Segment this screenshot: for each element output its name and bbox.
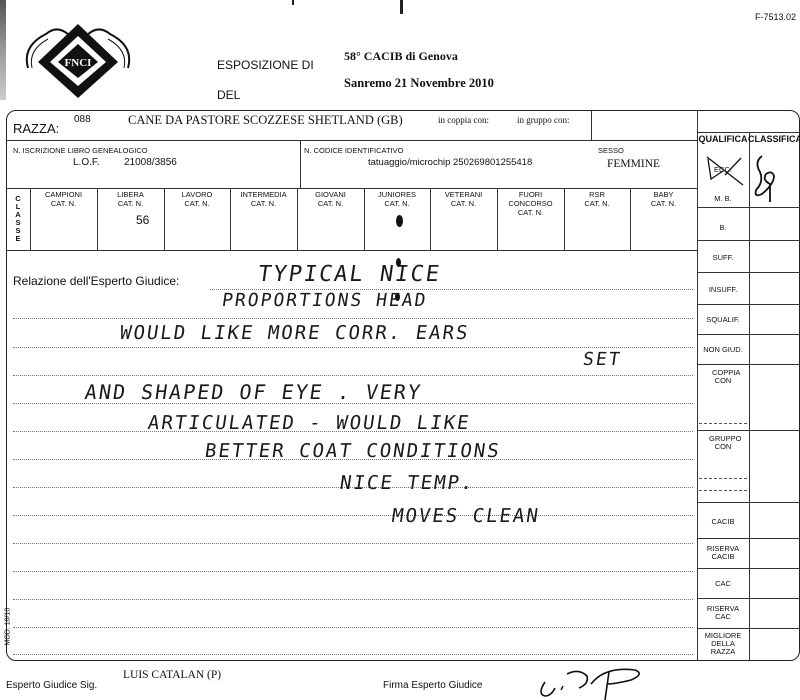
divider <box>6 188 697 189</box>
riserva-cacib: RISERVA CACIB <box>704 545 742 561</box>
libro-prefix: L.O.F. <box>73 157 100 168</box>
coppia-label: in coppia con: <box>438 115 489 125</box>
divider <box>697 334 800 335</box>
esposizione-label: ESPOSIZIONE DI <box>217 58 314 72</box>
migliore-della-razza: MIGLIORE DELLA RAZZA <box>700 632 746 656</box>
sesso-value: FEMMINE <box>607 158 660 170</box>
gruppo-con: GRUPPO CON <box>709 435 737 451</box>
gruppo-label: in gruppo con: <box>517 115 570 125</box>
class-veterani: VETERANICAT. N. <box>430 190 497 208</box>
classifica-header: CLASSIFICA <box>748 134 800 144</box>
ruled-line <box>13 654 693 655</box>
handwritten-line: WOULD LIKE MORE CORR. EARS <box>118 322 471 344</box>
divider <box>697 304 800 305</box>
ruled-line <box>13 318 693 319</box>
divider <box>697 207 800 208</box>
exhibition-title: 58° CACIB di Genova <box>344 49 458 64</box>
qualifica-b: B. <box>697 224 749 232</box>
divider <box>697 272 800 273</box>
codice-label: N. CODICE IDENTIFICATIVO <box>304 146 403 155</box>
dashed-divider <box>699 423 747 424</box>
divider <box>697 502 800 503</box>
class-fuori-concorso: FUORI CONCORSOCAT. N. <box>497 190 564 217</box>
handwritten-line: NICE TEMP. <box>338 472 475 494</box>
judge-name: LUIS CATALAN (P) <box>123 669 221 681</box>
divider <box>6 250 697 251</box>
divider <box>697 430 800 431</box>
sesso-label: SESSO <box>598 146 624 155</box>
qualifica-non-giud: NON GIUD. <box>697 346 749 354</box>
ruled-line <box>13 347 693 348</box>
qualifica-insuff: INSUFF. <box>697 286 749 294</box>
cacib: CACIB <box>697 518 749 526</box>
dashed-divider <box>699 478 747 479</box>
handwritten-line: ARTICULATED - WOULD LIKE <box>146 412 472 434</box>
libro-label: N. ISCRIZIONE LIBRO GENEALOGICO <box>13 146 148 155</box>
divider <box>697 364 800 365</box>
classe-vertical-label: C L A S S E <box>14 195 22 243</box>
class-libera-value: 56 <box>136 213 149 227</box>
ruled-line <box>13 571 693 572</box>
razza-label: RAZZA: <box>13 121 59 136</box>
class-campioni: CAMPIONICAT. N. <box>30 190 97 208</box>
class-rsr: RSRCAT. N. <box>564 190 630 208</box>
divider <box>300 140 301 188</box>
class-intermedia: INTERMEDIACAT. N. <box>230 190 297 208</box>
judge-signature-icon <box>535 664 655 700</box>
exhibition-date: Sanremo 21 Novembre 2010 <box>344 76 494 91</box>
form-code: F-7513.02 <box>755 12 796 22</box>
handwritten-line: MOVES CLEAN <box>390 505 541 527</box>
ruled-line <box>13 599 693 600</box>
cac: CAC <box>697 580 749 588</box>
divider <box>591 110 592 140</box>
divider <box>697 240 800 241</box>
handwritten-line: TYPICAL NICE <box>256 262 442 287</box>
qualifica-squalif: SQUALIF. <box>697 316 749 324</box>
libro-number: 21008/3856 <box>124 157 177 168</box>
svg-text:FNCI: FNCI <box>65 57 92 69</box>
dashed-divider <box>699 490 747 491</box>
divider <box>697 568 800 569</box>
mod-code: MOD. 10/10 <box>5 606 12 646</box>
handwritten-line: SET <box>582 349 623 370</box>
handwritten-line: AND SHAPED OF EYE . VERY <box>83 380 423 404</box>
qualifica-mb: M. B. <box>697 195 749 203</box>
class-baby: BABYCAT. N. <box>630 190 697 208</box>
class-lavoro: LAVOROCAT. N. <box>164 190 230 208</box>
divider <box>697 110 698 661</box>
scan-mark <box>400 0 403 14</box>
divider <box>6 140 697 141</box>
ruled-line <box>13 543 693 544</box>
scan-mark <box>292 0 294 5</box>
qualifica-cross-mark-icon <box>703 155 748 187</box>
breed-name: CANE DA PASTORE SCOZZESE SHETLAND (GB) <box>128 113 403 128</box>
signature-label: Firma Esperto Giudice <box>383 680 482 691</box>
class-libera: LIBERACAT. N. <box>97 190 164 208</box>
handwritten-line: PROPORTIONS HEAD <box>221 290 429 311</box>
divider <box>697 598 800 599</box>
class-juniores: JUNIORESCAT. N. <box>364 190 430 208</box>
ruled-line <box>13 627 693 628</box>
classifica-handwritten-mark-icon <box>750 154 780 204</box>
coppia-con: COPPIA CON <box>712 369 734 385</box>
qualifica-header: QUALIFICA <box>697 134 749 144</box>
qualifica-suff: SUFF. <box>697 254 749 262</box>
relazione-label: Relazione dell'Esperto Giudice: <box>13 274 179 288</box>
ruled-line <box>13 515 693 516</box>
scan-edge-shadow <box>0 0 6 100</box>
ink-mark <box>396 215 403 227</box>
divider <box>749 132 750 661</box>
ruled-line <box>13 375 693 376</box>
class-giovani: GIOVANICAT. N. <box>297 190 364 208</box>
divider <box>697 538 800 539</box>
codice-value: tatuaggio/microchip 250269801255418 <box>368 157 532 168</box>
divider <box>697 132 800 133</box>
judge-label: Esperto Giudice Sig. <box>6 680 97 691</box>
riserva-cac: RISERVA CAC <box>704 605 742 621</box>
del-label: DEL <box>217 88 240 102</box>
divider <box>697 628 800 629</box>
fnci-logo-icon: FNCI <box>18 6 138 98</box>
breed-code: 088 <box>74 114 91 125</box>
handwritten-line: BETTER COAT CONDITIONS <box>203 440 502 462</box>
